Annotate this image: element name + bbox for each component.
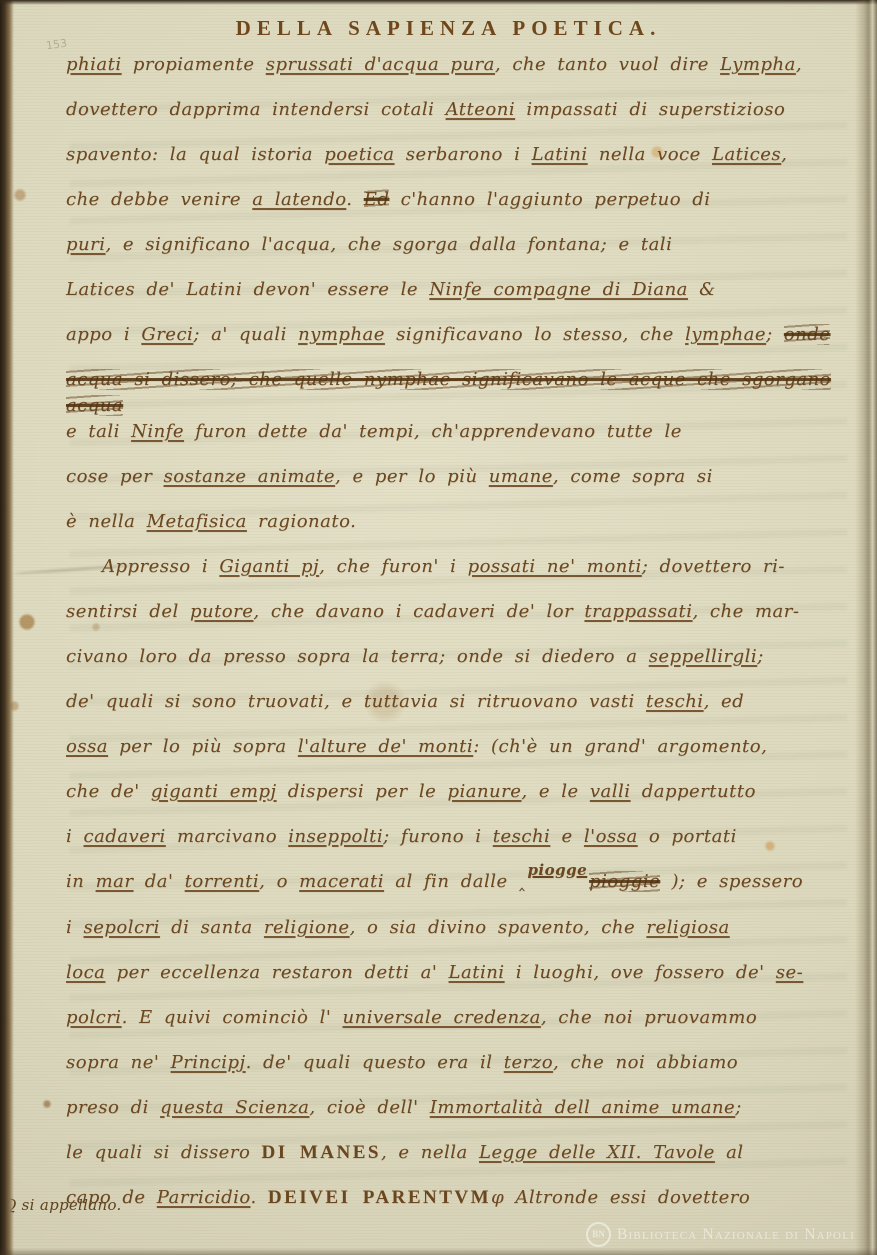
underlined-text: torrenti (185, 871, 260, 892)
manuscript-page: DELLA SAPIENZA POETICA. 153 phiati propi… (0, 0, 877, 1255)
text: significavano lo stesso, che (385, 324, 685, 345)
text: , che mar- (692, 601, 799, 622)
underlined-text: universale credenza (343, 1007, 541, 1028)
underlined-text: seppellirgli (649, 646, 758, 667)
manuscript-line: Appresso i Giganti pj, che furon' i poss… (66, 554, 849, 579)
underlined-text: inseppolti (288, 826, 383, 847)
underlined-text: Immortalità dell anime umane (430, 1097, 735, 1118)
library-stamp-label: Biblioteca Nazionale di Napoli (617, 1226, 855, 1244)
text: nella voce (588, 144, 712, 165)
underlined-text: Ninfe compagne di Diana (429, 279, 688, 300)
underlined-text: valli (590, 781, 631, 802)
text: , che davano i cadaveri de' lor (253, 601, 584, 622)
pencil-mark: 153 (45, 37, 68, 53)
text: : (ch'è un grand' argomento, (473, 736, 767, 757)
text: , che furon' i (319, 556, 467, 577)
text: da' (133, 871, 184, 892)
text: , (796, 54, 802, 75)
text: , o (259, 871, 299, 892)
text: , e nella (381, 1142, 479, 1163)
text: ; furono i (383, 826, 493, 847)
text: spavento: la qual istoria (66, 144, 324, 165)
text: . de' quali questo era il (246, 1052, 504, 1073)
text: i (66, 826, 83, 847)
underlined-text: Parricidio (157, 1187, 251, 1208)
manuscript-line: sentirsi del putore, che davano i cadave… (66, 599, 849, 624)
underlined-text: teschi (646, 691, 704, 712)
manuscript-line: acqua si dissero; che quelle nymphae sig… (66, 367, 849, 392)
text: o portati (638, 826, 737, 847)
text: e (550, 826, 584, 847)
text: dispersi per le (277, 781, 448, 802)
text: per eccellenza restaron detti a' (105, 962, 448, 983)
text: ; dovettero ri- (642, 556, 785, 577)
text: impassati di superstizioso (515, 99, 785, 120)
underlined-text: nymphae (298, 324, 385, 345)
underlined-text: se- (776, 962, 803, 983)
library-monogram-icon: BN (586, 1222, 611, 1247)
text: furon dette da' tempi, ch'apprendevano t… (184, 421, 682, 442)
text: de' quali si sono truovati, e tuttavia s… (66, 691, 646, 712)
text: per lo più sopra (108, 736, 298, 757)
underlined-text: phiati (66, 54, 122, 75)
page-edge-top (0, 0, 877, 5)
text: i (66, 917, 83, 938)
text: è nella (66, 511, 147, 532)
page-title: DELLA SAPIENZA POETICA. (40, 16, 857, 41)
text: , che tanto vuol dire (495, 54, 720, 75)
text: i luoghi, ove fossero de' (505, 962, 776, 983)
text: φ Altronde essi dovettero (491, 1187, 750, 1208)
underlined-text: terzo (504, 1052, 553, 1073)
manuscript-line: capo de Parricidio. DEIVEI PARENTVMφ Alt… (66, 1185, 849, 1210)
underlined-text: l'ossa (584, 826, 638, 847)
underlined-text: l'alture de' monti (298, 736, 473, 757)
manuscript-line: i sepolcri di santa religione, o sia div… (66, 915, 849, 940)
text: , e per lo più (335, 466, 489, 487)
underlined-text: putore (190, 601, 253, 622)
text: Latices de' Latini devon' essere le (66, 279, 429, 300)
text: civano loro da presso sopra la terra; on… (66, 646, 649, 667)
manuscript-line: loca per eccellenza restaron detti a' La… (66, 960, 849, 985)
struck-text: pioggie (589, 871, 660, 892)
text: marcivano (166, 826, 289, 847)
underlined-text: Giganti pj (219, 556, 319, 577)
text: sentirsi del (66, 601, 190, 622)
underlined-text: mar (96, 871, 134, 892)
struck-text: acqua (66, 395, 123, 416)
underlined-text: questa Scienza (160, 1097, 309, 1118)
underlined-text: cadaveri (83, 826, 165, 847)
underlined-text: puri (66, 234, 105, 255)
struck-text: Ed (364, 189, 390, 210)
underlined-text: possati ne' monti (468, 556, 642, 577)
underlined-text: Latini (449, 962, 505, 983)
text: , che noi abbiamo (553, 1052, 738, 1073)
manuscript-line: che debbe venire a latendo. Ed c'hanno l… (66, 187, 849, 212)
underlined-text: teschi (493, 826, 551, 847)
text: , (781, 144, 787, 165)
underlined-text: pianure (447, 781, 521, 802)
underlined-text: religiosa (646, 917, 729, 938)
manuscript-line: in mar da' torrenti, o macerati al fin d… (66, 869, 849, 895)
manuscript-line: polcri. E quivi cominciò l' universale c… (66, 1005, 849, 1030)
underlined-text: Latini (532, 144, 588, 165)
text: al (715, 1142, 744, 1163)
text: & (688, 279, 716, 300)
manuscript-line: sopra ne' Principj. de' quali questo era… (66, 1050, 849, 1075)
underlined-text: religione (264, 917, 350, 938)
underlined-text: macerati (299, 871, 384, 892)
text: che debbe venire (66, 189, 252, 210)
text: al fin dalle ‸ (384, 871, 525, 892)
manuscript-line: e tali Ninfe furon dette da' tempi, ch'a… (66, 419, 849, 444)
underlined-text: loca (66, 962, 105, 983)
text: , come sopra si (553, 466, 713, 487)
text: , cioè dell' (309, 1097, 429, 1118)
manuscript-line: acqua (66, 393, 849, 418)
underlined-text: Legge delle XII. Tavole (479, 1142, 715, 1163)
text: dappertutto (631, 781, 756, 802)
underlined-text: polcri (66, 1007, 122, 1028)
text: che de' (66, 781, 151, 802)
text: di santa (160, 917, 264, 938)
manuscript-line: dovettero dapprima intendersi cotali Att… (66, 97, 849, 122)
text: ; (757, 646, 764, 667)
text: ; (735, 1097, 742, 1118)
text: , e significano l'acqua, che sgorga dall… (105, 234, 672, 255)
manuscript-line: i cadaveri marcivano inseppolti; furono … (66, 824, 849, 849)
text: ragionato. (247, 511, 356, 532)
text: c'hanno l'aggiunto perpetuo di (389, 189, 710, 210)
underlined-text: giganti empj (151, 781, 277, 802)
underlined-text: Principj (171, 1052, 246, 1073)
library-stamp: BN Biblioteca Nazionale di Napoli (586, 1222, 855, 1247)
text: preso di (66, 1097, 160, 1118)
manuscript-line: phiati propiamente sprussati d'acqua pur… (66, 52, 849, 77)
text: , che noi pruovammo (541, 1007, 757, 1028)
text: ; a' quali (193, 324, 298, 345)
text: propiamente (122, 54, 266, 75)
text: serbarono i (395, 144, 532, 165)
text: dovettero dapprima intendersi cotali (66, 99, 446, 120)
manuscript-line: de' quali si sono truovati, e tuttavia s… (66, 689, 849, 714)
text: . E quivi cominciò l' (122, 1007, 343, 1028)
underlined-text: lymphae (685, 324, 766, 345)
text: in (66, 871, 96, 892)
binding-edge (0, 0, 14, 1255)
manuscript-line: puri, e significano l'acqua, che sgorga … (66, 232, 849, 257)
underlined-text: Lympha (720, 54, 796, 75)
text: ; (766, 324, 784, 345)
underlined-text: trappassati (584, 601, 692, 622)
page-edge-bottom (0, 1248, 877, 1255)
manuscript-line: Latices de' Latini devon' essere le Ninf… (66, 277, 849, 302)
manuscript-line: ossa per lo più sopra l'alture de' monti… (66, 734, 849, 759)
text: appo i (66, 324, 141, 345)
underlined-text: ossa (66, 736, 108, 757)
text: , e le (521, 781, 589, 802)
manuscript-line: civano loro da presso sopra la terra; on… (66, 644, 849, 669)
struck-text: onde (784, 324, 831, 345)
text: cose per (66, 466, 164, 487)
underlined-text: a latendo (252, 189, 346, 210)
struck-text: acqua si dissero; che quelle nymphae sig… (66, 369, 831, 390)
manuscript-line: appo i Greci; a' quali nymphae significa… (66, 322, 849, 347)
underlined-text: Metafisica (147, 511, 247, 532)
underlined-text: sprussati d'acqua pura (266, 54, 495, 75)
text: Appresso i (102, 556, 219, 577)
text: ); e spessero (660, 871, 803, 892)
manuscript-line: spavento: la qual istoria poetica serbar… (66, 142, 849, 167)
text: , ed (704, 691, 745, 712)
inserted-text: piogge (527, 861, 587, 879)
text: le quali si dissero (66, 1142, 262, 1163)
manuscript-line: che de' giganti empj dispersi per le pia… (66, 779, 849, 804)
underlined-text: Atteoni (446, 99, 516, 120)
underlined-text: umane (489, 466, 553, 487)
text: e tali (66, 421, 131, 442)
manuscript-line: è nella Metafisica ragionato. (66, 509, 849, 534)
text: . (346, 189, 363, 210)
page-edge-right (855, 0, 877, 1255)
underlined-text: sostanze animate (164, 466, 336, 487)
text: , o sia divino spavento, che (350, 917, 647, 938)
manuscript-line: le quali si dissero DI MANES, e nella Le… (66, 1140, 849, 1165)
underlined-text: Latices (712, 144, 781, 165)
capitals-text: DEIVEI PARENTVM (268, 1187, 491, 1208)
underlined-text: Ninfe (131, 421, 184, 442)
manuscript-line: preso di questa Scienza, cioè dell' Immo… (66, 1095, 849, 1120)
underlined-text: sepolcri (83, 917, 159, 938)
text: sopra ne' (66, 1052, 171, 1073)
manuscript-line: cose per sostanze animate, e per lo più … (66, 464, 849, 489)
margin-note: Q si appellano. (4, 1196, 122, 1214)
text: . (250, 1187, 267, 1208)
capitals-text: DI MANES (262, 1142, 381, 1163)
underlined-text: Greci (141, 324, 193, 345)
underlined-text: poetica (324, 144, 394, 165)
manuscript-body: phiati propiamente sprussati d'acqua pur… (66, 52, 849, 1230)
